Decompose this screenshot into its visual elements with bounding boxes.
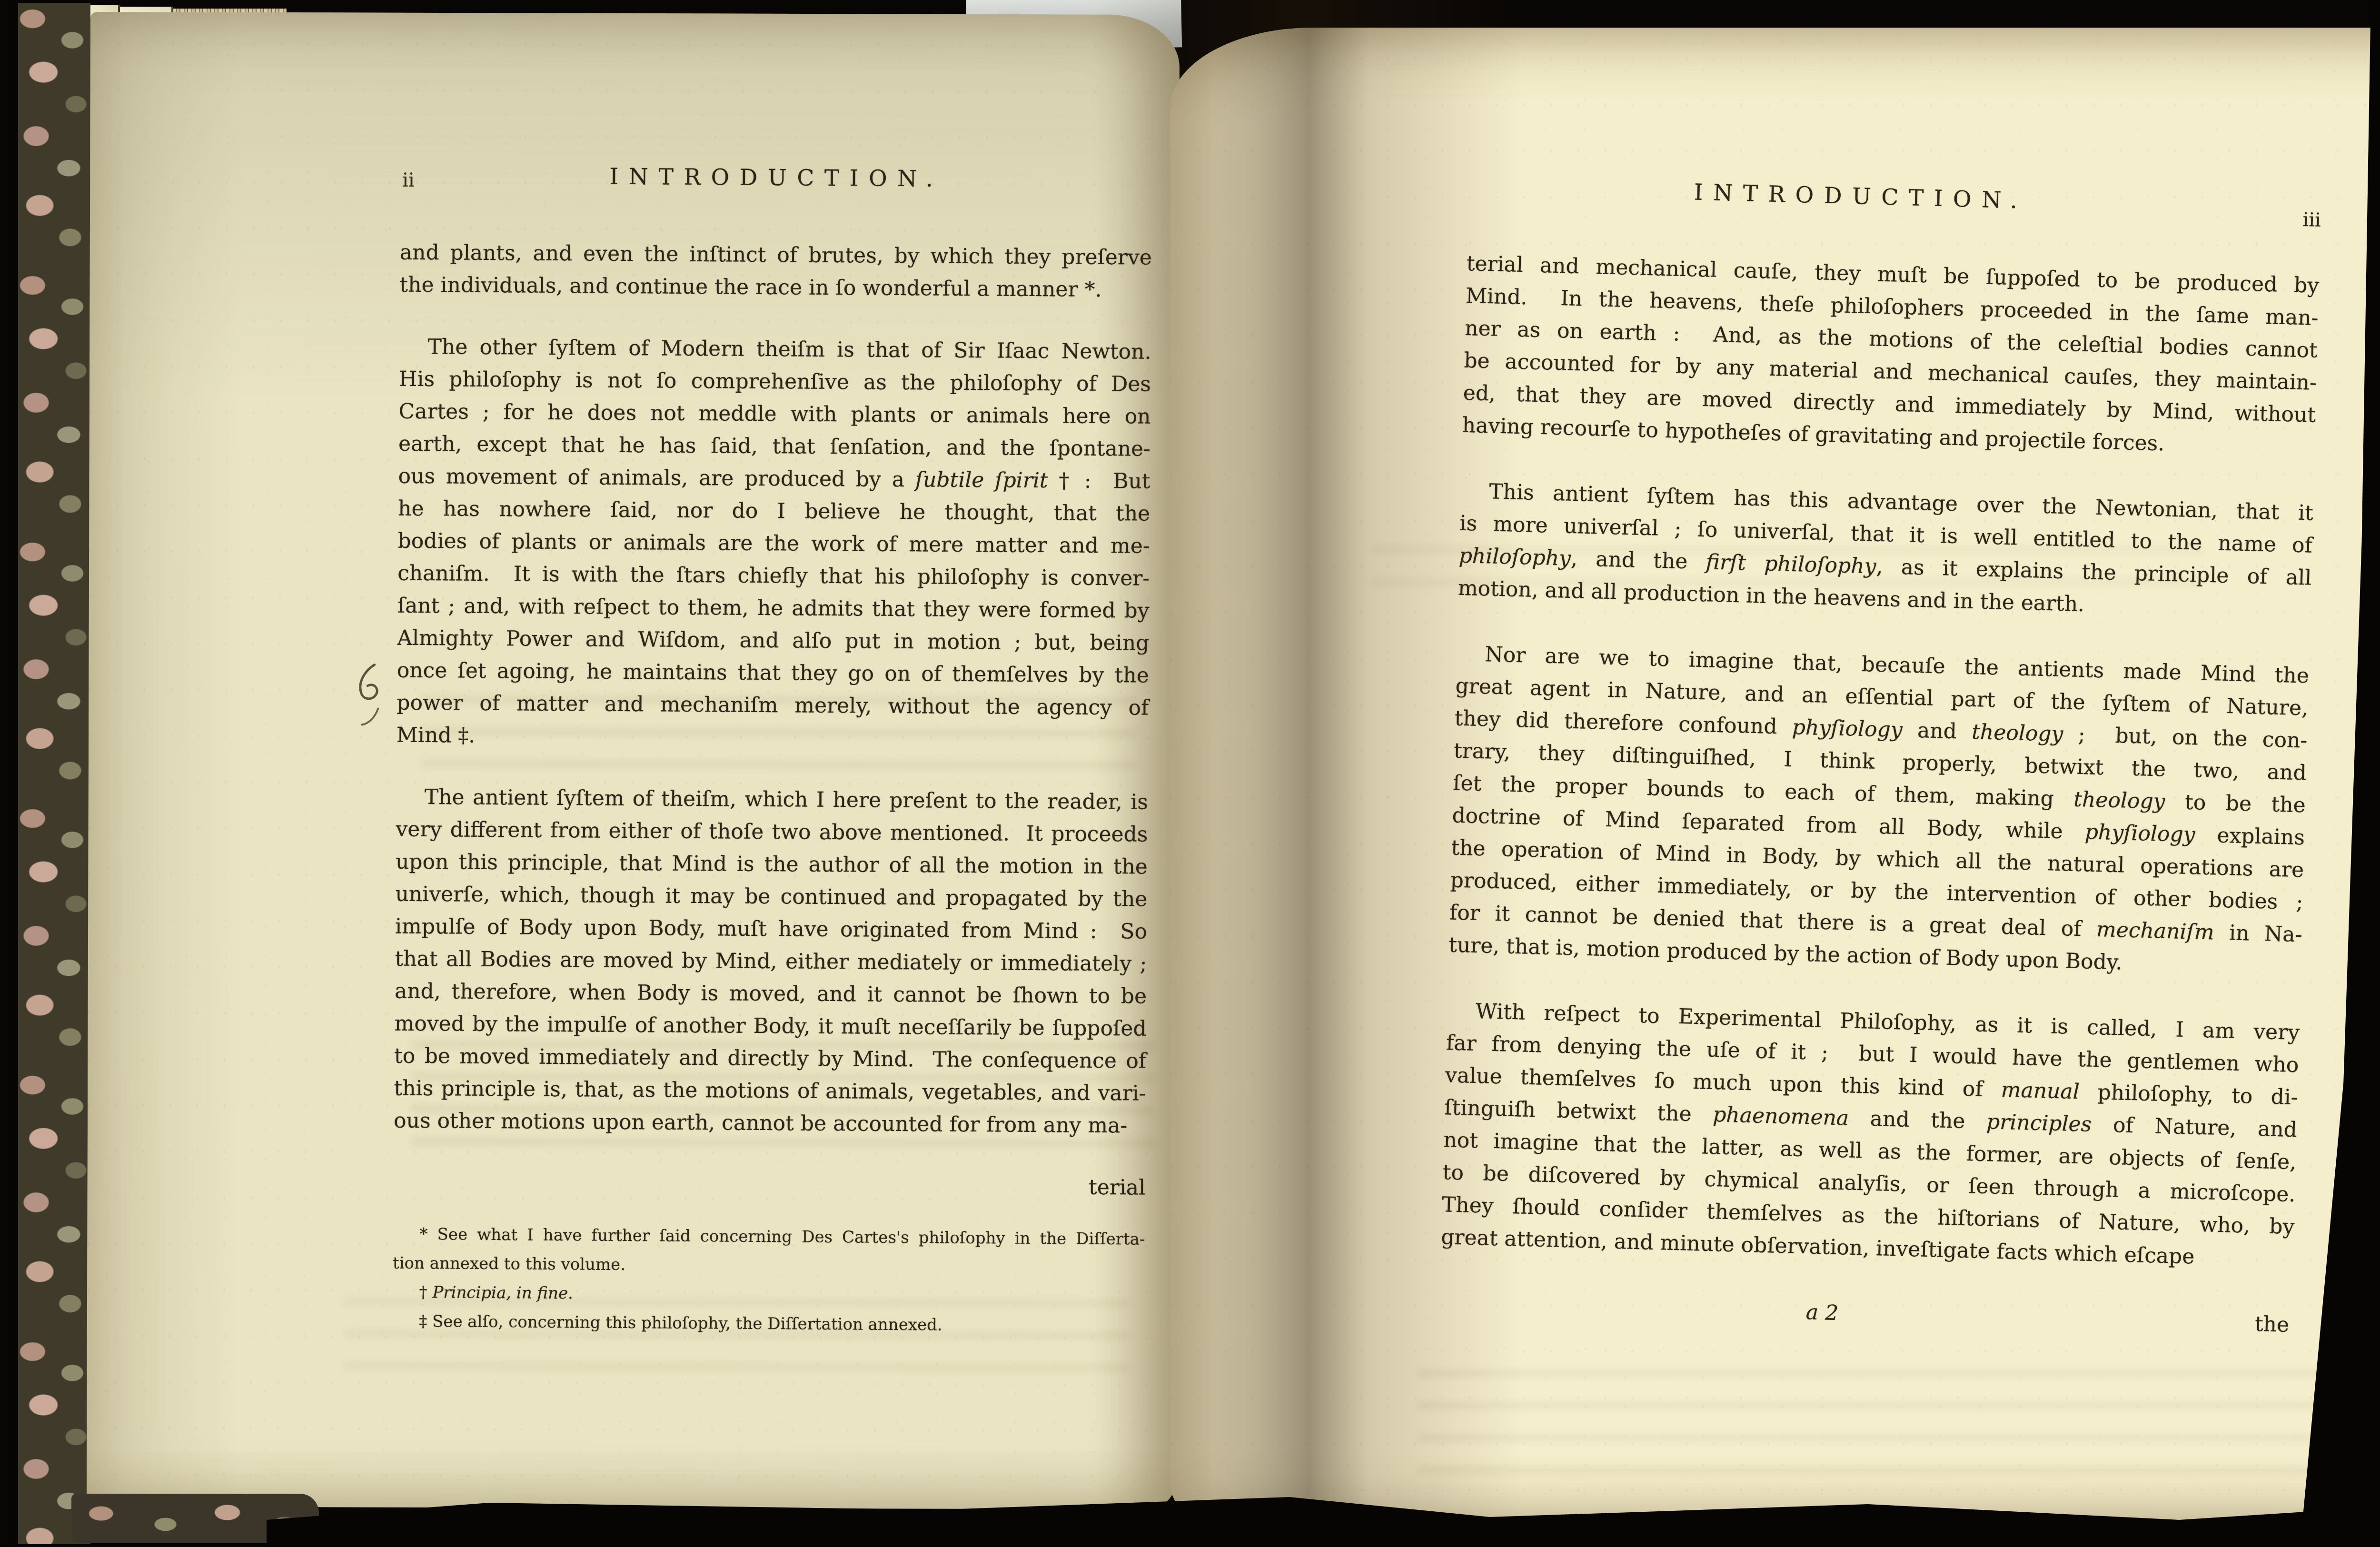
left-page-header: ii INTRODUCTION. — [400, 159, 1153, 202]
catchword: the — [2254, 1308, 2290, 1341]
text-line: to be moved immediately and directly by … — [394, 1040, 1146, 1078]
right-page-header: INTRODUCTION. iii — [1468, 170, 2321, 230]
text-line: moved by the impulſe of another Body, it… — [394, 1008, 1146, 1045]
page-number: ii — [402, 164, 415, 197]
text-line: the individuals, and continue the race i… — [399, 269, 1151, 307]
left-page-body: and plants, and even the inſtinct of bru… — [394, 237, 1152, 1142]
text-line: † Principia, in fine. — [392, 1278, 1144, 1312]
text-line: impulſe of Body upon Body, muſt have ori… — [395, 911, 1147, 948]
running-title: INTRODUCTION. — [1694, 176, 2028, 217]
text-line: and plants, and even the inſtinct of bru… — [400, 237, 1152, 274]
catchword: terial — [1089, 1171, 1146, 1204]
paragraph: This antient ſyſtem has this advantage o… — [1458, 475, 2314, 627]
text-line: ous other motions upon earth, cannot be … — [394, 1105, 1146, 1142]
signature-row: a 2 the — [1439, 1287, 2292, 1341]
text-line: ſant ; and, with reſpect to them, he adm… — [397, 590, 1150, 627]
text-line: Cartes ; for he does not meddle with pla… — [398, 396, 1150, 433]
text-line: once ſet agoing, he maintains that they … — [397, 654, 1149, 692]
text-line: His philoſophy is not ſo comprehenſive a… — [399, 363, 1151, 401]
text-line: tion annexed to this volume. — [393, 1249, 1145, 1283]
handwritten-mark — [349, 661, 392, 732]
text-line: bodies of plants or animals are the work… — [397, 525, 1150, 563]
text-line: very different from either of thoſe two … — [396, 813, 1148, 851]
text-line: The antient ſyſtem of theiſm, which I he… — [396, 781, 1148, 819]
paragraph: With reſpect to Experimental Philoſophy,… — [1440, 994, 2300, 1276]
right-text-block: INTRODUCTION. iii terial and mechanical … — [1439, 170, 2322, 1341]
left-text-block: ii INTRODUCTION. and plants, and even th… — [392, 159, 1152, 1341]
paragraph: and plants, and even the inſtinct of bru… — [399, 237, 1152, 307]
text-line: ous movement of animals, are produced by… — [398, 460, 1150, 498]
running-title: INTRODUCTION. — [609, 161, 943, 196]
right-page-body: terial and mechanical cauſe, they muſt b… — [1440, 248, 2320, 1276]
text-line: The other ſyſtem of Modern theiſm is tha… — [399, 331, 1151, 368]
left-page: ii INTRODUCTION. and plants, and even th… — [87, 12, 1180, 1509]
text-line: he has nowhere ſaid, nor do I believe he… — [398, 493, 1150, 530]
page-number: iii — [2302, 204, 2321, 237]
marbled-cover-edge — [18, 3, 90, 1544]
catchword-row: terial — [393, 1167, 1145, 1204]
text-line: univerſe, which, though it may be contin… — [395, 878, 1147, 916]
right-page: INTRODUCTION. iii terial and mechanical … — [1170, 28, 2380, 1526]
paragraph: The antient ſyſtem of theiſm, which I he… — [394, 781, 1148, 1142]
text-line: * See what I have further ſaid concernin… — [393, 1220, 1145, 1254]
show-through — [1418, 1351, 2322, 1475]
text-line: power of matter and mechaniſm merely, wi… — [397, 687, 1149, 724]
paragraph: The other ſyſtem of Modern theiſm is tha… — [397, 331, 1151, 757]
text-line: Mind ‡. — [397, 719, 1149, 757]
paragraph: terial and mechanical cauſe, they muſt b… — [1462, 248, 2320, 464]
text-line: chaniſm. It is with the ſtars chiefly th… — [397, 557, 1150, 595]
text-line: and, therefore, when Body is moved, and … — [395, 975, 1147, 1013]
book-photo-scene: ii INTRODUCTION. and plants, and even th… — [0, 0, 2380, 1547]
text-line: earth, except that he has ſaid, that ſen… — [398, 428, 1150, 466]
text-line: ‡ See alſo, concerning this philoſophy, … — [392, 1307, 1144, 1341]
left-page-footnotes: * See what I have further ſaid concernin… — [392, 1220, 1145, 1341]
text-line: Almighty Power and Wiſdom, and alſo put … — [397, 622, 1149, 660]
signature-mark: a 2 — [1805, 1296, 1839, 1329]
text-line: upon this principle, that Mind is the au… — [396, 846, 1148, 883]
text-line: this principle is, that, as the motions … — [394, 1072, 1146, 1110]
text-line: that all Bodies are moved by Mind, eithe… — [395, 943, 1147, 981]
paragraph: Nor are we to imagine that, becauſe the … — [1448, 638, 2309, 984]
